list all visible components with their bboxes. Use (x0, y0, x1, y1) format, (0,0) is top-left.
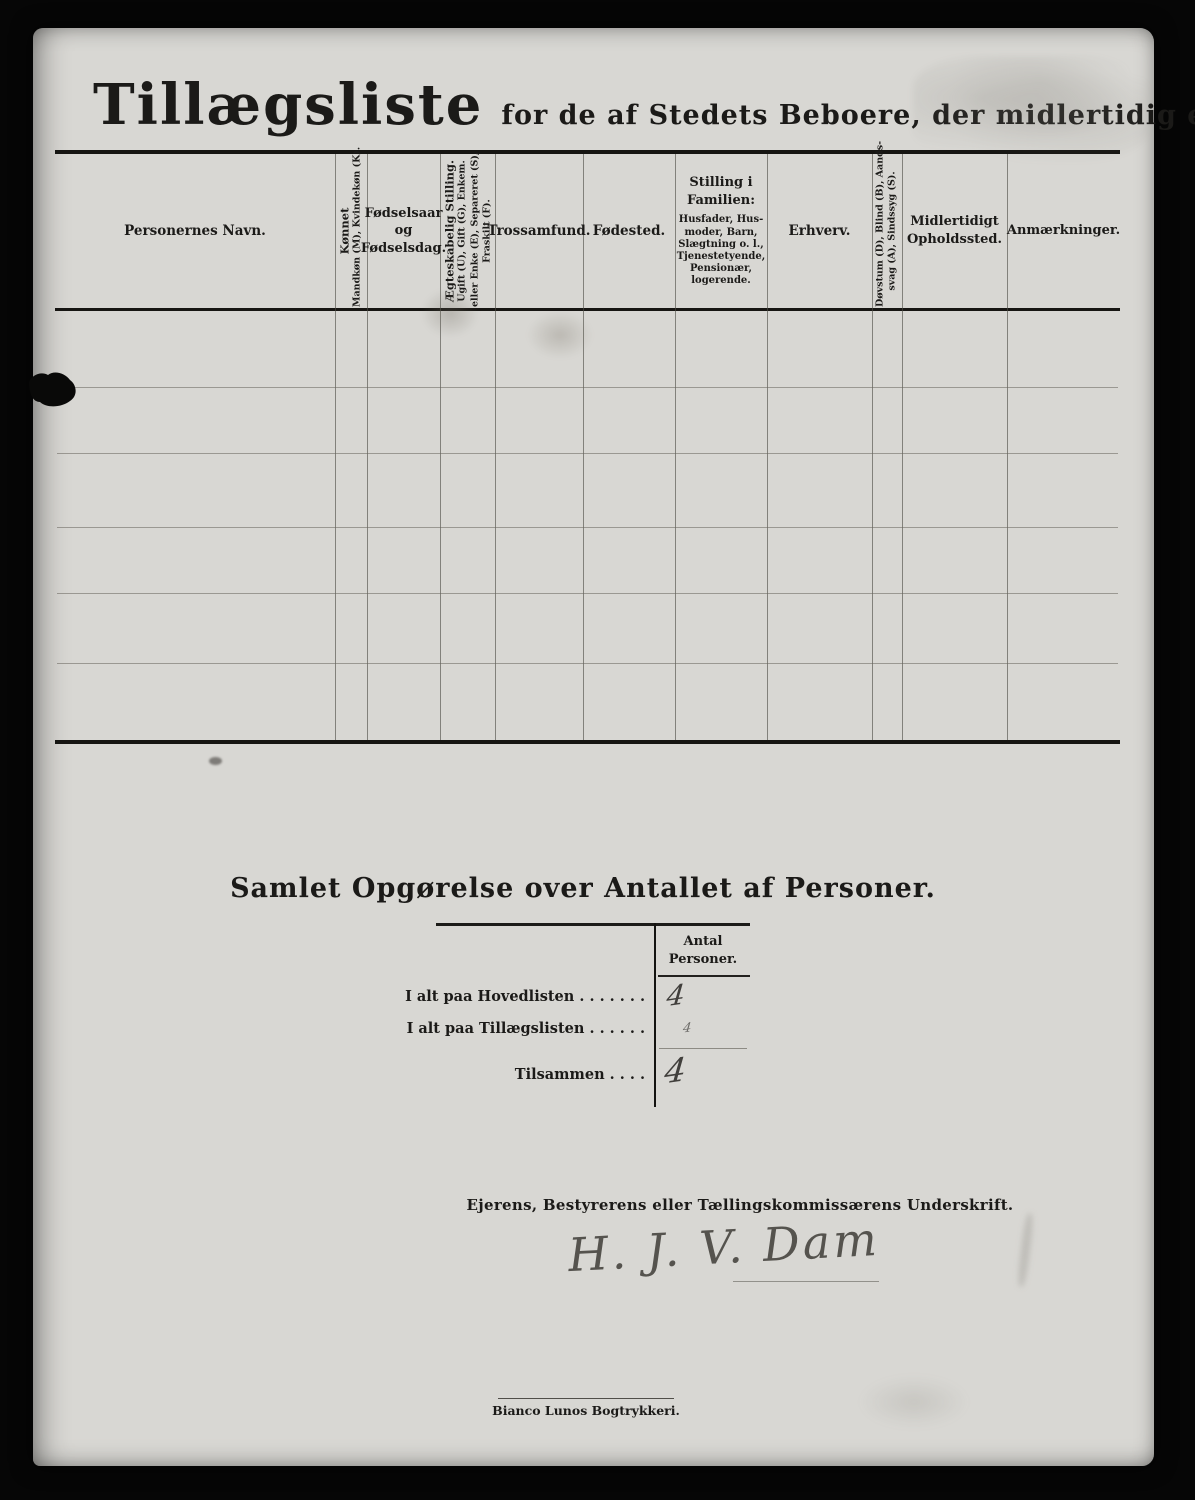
table-row-line (57, 527, 1118, 528)
summary-row-tilsammen-label: Tilsammen . . . . (383, 1066, 645, 1083)
paper-stain (1017, 1213, 1035, 1288)
header-birthplace-label: Fødested. (593, 221, 665, 241)
title-subtitle: for de af Stedets Beboere, der midlertid… (501, 100, 1195, 131)
header-marital-line2: Ugift (U), Gift (G), Enkem. (456, 155, 468, 307)
header-family-sub3: Slægtning o. l., (678, 239, 763, 251)
scanned-census-form: { "title": { "main": "Tillægsliste", "su… (0, 0, 1195, 1500)
summary-row-tillaegslisten-label: I alt paa Tillægslisten . . . . . . (383, 1020, 645, 1037)
table-row-line (57, 453, 1118, 454)
header-residence-line1: Midlertidigt (910, 213, 999, 231)
header-birthplace-column: Fødested. (583, 154, 675, 308)
census-table: Personernes Navn. Kønnet Mandkøn (M), Kv… (55, 150, 1120, 746)
header-family-sub6: logerende. (691, 275, 751, 287)
document-page: Tillægslistefor de af Stedets Beboere, d… (33, 28, 1154, 1466)
table-row-line (57, 663, 1118, 664)
summary-header-rule (658, 975, 750, 977)
title-main: Tillægsliste (93, 72, 483, 138)
summary-header-line2: Personer. (656, 951, 750, 969)
summary-column-header: Antal Personer. (656, 933, 750, 968)
summary-row-hovedlisten-label: I alt paa Hovedlisten . . . . . . . (383, 988, 645, 1005)
header-marital-vertical-text: Ægteskabelig Stilling. Ugift (U), Gift (… (442, 155, 493, 307)
summary-row-tillaegslisten-value: 4 (682, 1020, 692, 1036)
header-sex-sub: Mandkøn (M), Kvindekøn (K). (352, 155, 364, 307)
header-family-sub1: Husfader, Hus- (679, 214, 764, 226)
summary-title: Samlet Opgørelse over Antallet af Person… (33, 873, 1133, 904)
ink-blot (29, 370, 79, 412)
header-disability-line2: svag (A), Sindssyg (S). (887, 155, 899, 307)
header-birthdate-line2: og (395, 222, 413, 240)
header-remarks-label: Anmærkninger. (1007, 222, 1120, 240)
header-name-column: Personernes Navn. (55, 154, 335, 308)
header-faith-label: Trossamfund. (488, 221, 591, 241)
header-faith-column: Trossamfund. (495, 154, 583, 308)
summary-row-hovedlisten-value: 4 (665, 978, 686, 1013)
paper-stain (859, 1376, 969, 1428)
header-disability-line1: Døvstum (D), Blind (B), Aands- (875, 155, 887, 307)
header-marital-title: Ægteskabelig Stilling. (442, 155, 456, 307)
header-birthdate-line3: Fødselsdag. (361, 240, 446, 258)
summary-top-rule (436, 923, 750, 926)
summary-row-tilsammen-value: 4 (663, 1050, 688, 1092)
table-row-line (57, 593, 1118, 594)
summary-middle-rule (659, 1048, 747, 1049)
header-disability-vertical-text: Døvstum (D), Blind (B), Aands- svag (A),… (875, 155, 900, 307)
header-family-sub4: Tjenestetyende, (677, 251, 766, 263)
table-header-rule (55, 308, 1120, 311)
paper-stain (209, 757, 222, 765)
header-sex-title: Kønnet (338, 155, 352, 307)
signature-handwriting: H. J. V. Dam (567, 1212, 881, 1282)
signature-line (733, 1281, 879, 1282)
header-sex-column: Kønnet Mandkøn (M), Kvindekøn (K). (335, 154, 367, 308)
table-row-line (57, 387, 1118, 388)
header-residence-line2: Opholdssted. (907, 231, 1002, 249)
header-family-column: Stilling i Familien: Husfader, Hus- mode… (675, 154, 767, 308)
header-residence-column: Midlertidigt Opholdssted. (902, 154, 1007, 308)
summary-header-line1: Antal (656, 933, 750, 951)
header-family-sub5: Pensionær, (690, 263, 752, 275)
header-birthdate-column: Fødselsaar og Fødselsdag. (367, 154, 440, 308)
header-name-label: Personernes Navn. (124, 221, 266, 241)
header-family-title2: Familien: (687, 192, 755, 210)
printer-imprint: Bianco Lunos Bogtrykkeri. (436, 1403, 736, 1418)
header-remarks-column: Anmærkninger. (1007, 154, 1120, 308)
header-occupation-label: Erhverv. (789, 221, 851, 241)
header-birthdate-line1: Fødselsaar (365, 205, 443, 223)
header-family-title1: Stilling i (689, 174, 752, 192)
table-bottom-rule (55, 740, 1120, 744)
header-marital-line3: eller Enke (E), Separeret (S), (469, 155, 481, 307)
header-disability-column: Døvstum (D), Blind (B), Aands- svag (A),… (872, 154, 902, 308)
header-sex-vertical-text: Kønnet Mandkøn (M), Kvindekøn (K). (338, 155, 365, 307)
document-title: Tillægslistefor de af Stedets Beboere, d… (93, 72, 1195, 138)
signature-label: Ejerens, Bestyrerens eller Tællingskommi… (380, 1196, 1100, 1214)
printer-rule (498, 1398, 674, 1399)
header-occupation-column: Erhverv. (767, 154, 872, 308)
header-family-sub2: moder, Barn, (684, 227, 757, 239)
